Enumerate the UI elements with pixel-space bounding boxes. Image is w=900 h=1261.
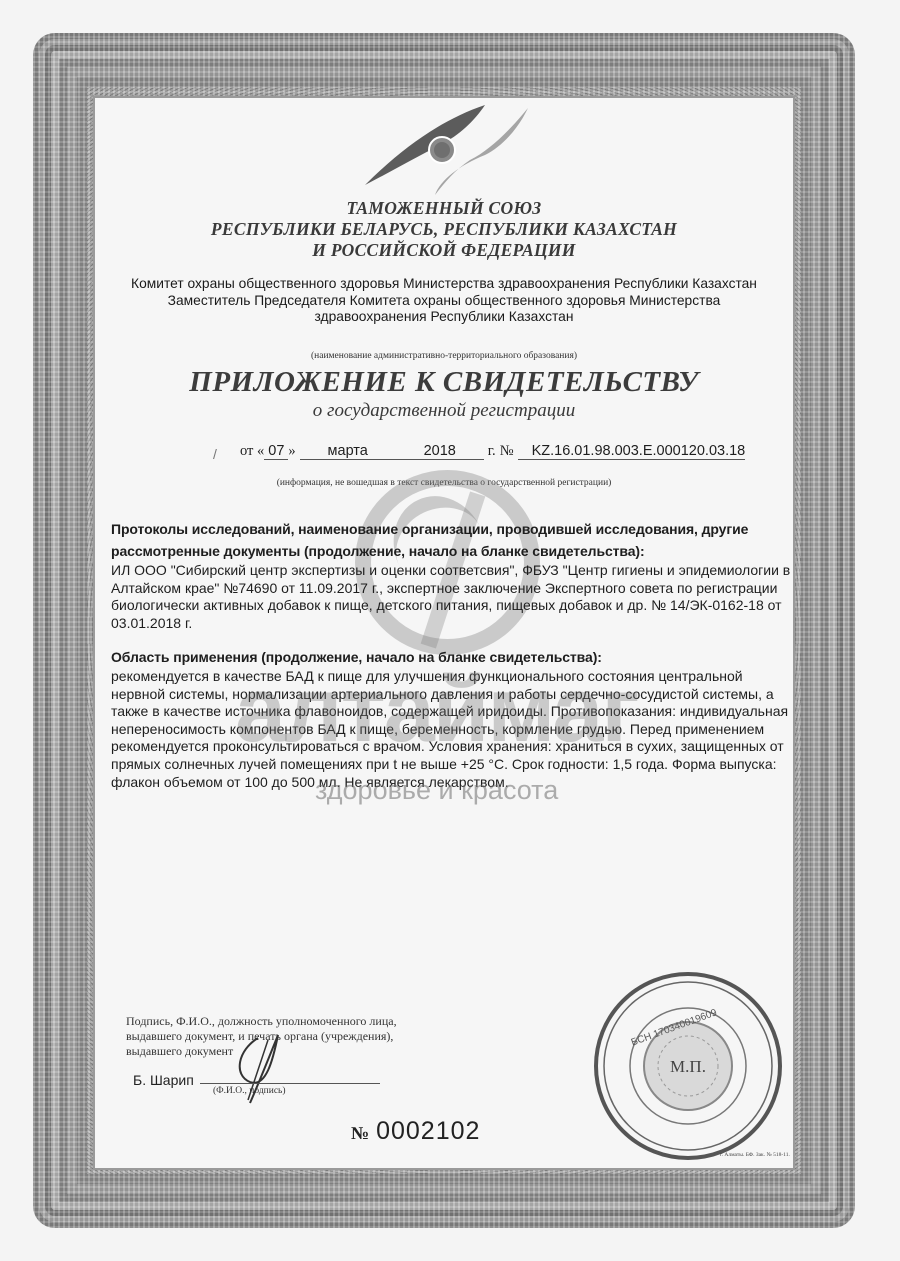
form-serial-number: №0002102 (351, 1117, 480, 1146)
date-day-close: » (288, 443, 295, 459)
section-heading: Протоколы исследований, наименование орг… (111, 518, 791, 562)
customs-union-header: ТАМОЖЕННЫЙ СОЮЗ РЕСПУБЛИКИ БЕЛАРУСЬ, РЕС… (95, 198, 793, 261)
number-sign: № (500, 443, 514, 459)
date-prefix: от « (240, 443, 264, 459)
date-month: марта (300, 443, 396, 460)
year-suffix: г. (488, 443, 496, 459)
section-body: ИЛ ООО "Сибирский центр экспертизы и оце… (111, 562, 791, 632)
printer-note: г. Алматы. БФ. Зак. № 518-11. (720, 1152, 790, 1158)
serial-value: 0002102 (376, 1117, 480, 1145)
document-subtitle: о государственной регистрации (95, 400, 793, 422)
union-line-3: И РОССИЙСКОЙ ФЕДЕРАЦИИ (95, 240, 793, 261)
official-seal-icon: М.П. БСН 170340019609 (590, 968, 786, 1164)
watermark-tagline: здоровье и красота (315, 775, 558, 806)
seal-center-text: М.П. (670, 1057, 706, 1076)
section-research-protocols: Протоколы исследований, наименование орг… (111, 518, 791, 632)
date-year: 2018 (396, 443, 484, 460)
serial-sign: № (351, 1123, 370, 1143)
pen-mark: / (213, 446, 217, 462)
signature-line (200, 1083, 380, 1084)
signature-subcaption: (Ф.И.О., подпись) (213, 1086, 286, 1096)
issuer-line-3: здравоохранения Республики Казахстан (95, 309, 793, 326)
date-day: 07 (264, 443, 288, 460)
union-line-2: РЕСПУБЛИКИ БЕЛАРУСЬ, РЕСПУБЛИКИ КАЗАХСТА… (95, 219, 793, 240)
date-and-number-line: от «07» марта2018 г. № KZ.16.01.98.003.E… (240, 443, 745, 460)
customs-union-emblem-icon (360, 100, 530, 200)
document-title: ПРИЛОЖЕНИЕ К СВИДЕТЕЛЬСТВУ (95, 366, 793, 399)
registration-number: KZ.16.01.98.003.E.000120.03.18 (518, 443, 746, 460)
signer-name: Б. Шарип (133, 1072, 194, 1088)
issuer-line-2: Заместитель Председателя Комитета охраны… (95, 293, 793, 310)
issuer-caption: (наименование административно-территориа… (95, 351, 793, 361)
watermark-brand: алтаймаг (235, 660, 638, 760)
union-line-1: ТАМОЖЕННЫЙ СОЮЗ (95, 198, 793, 219)
issuing-authority: Комитет охраны общественного здоровья Ми… (95, 276, 793, 326)
caption-line: Подпись, Ф.И.О., должность уполномоченно… (126, 1014, 397, 1029)
issuer-line-1: Комитет охраны общественного здоровья Ми… (95, 276, 793, 293)
